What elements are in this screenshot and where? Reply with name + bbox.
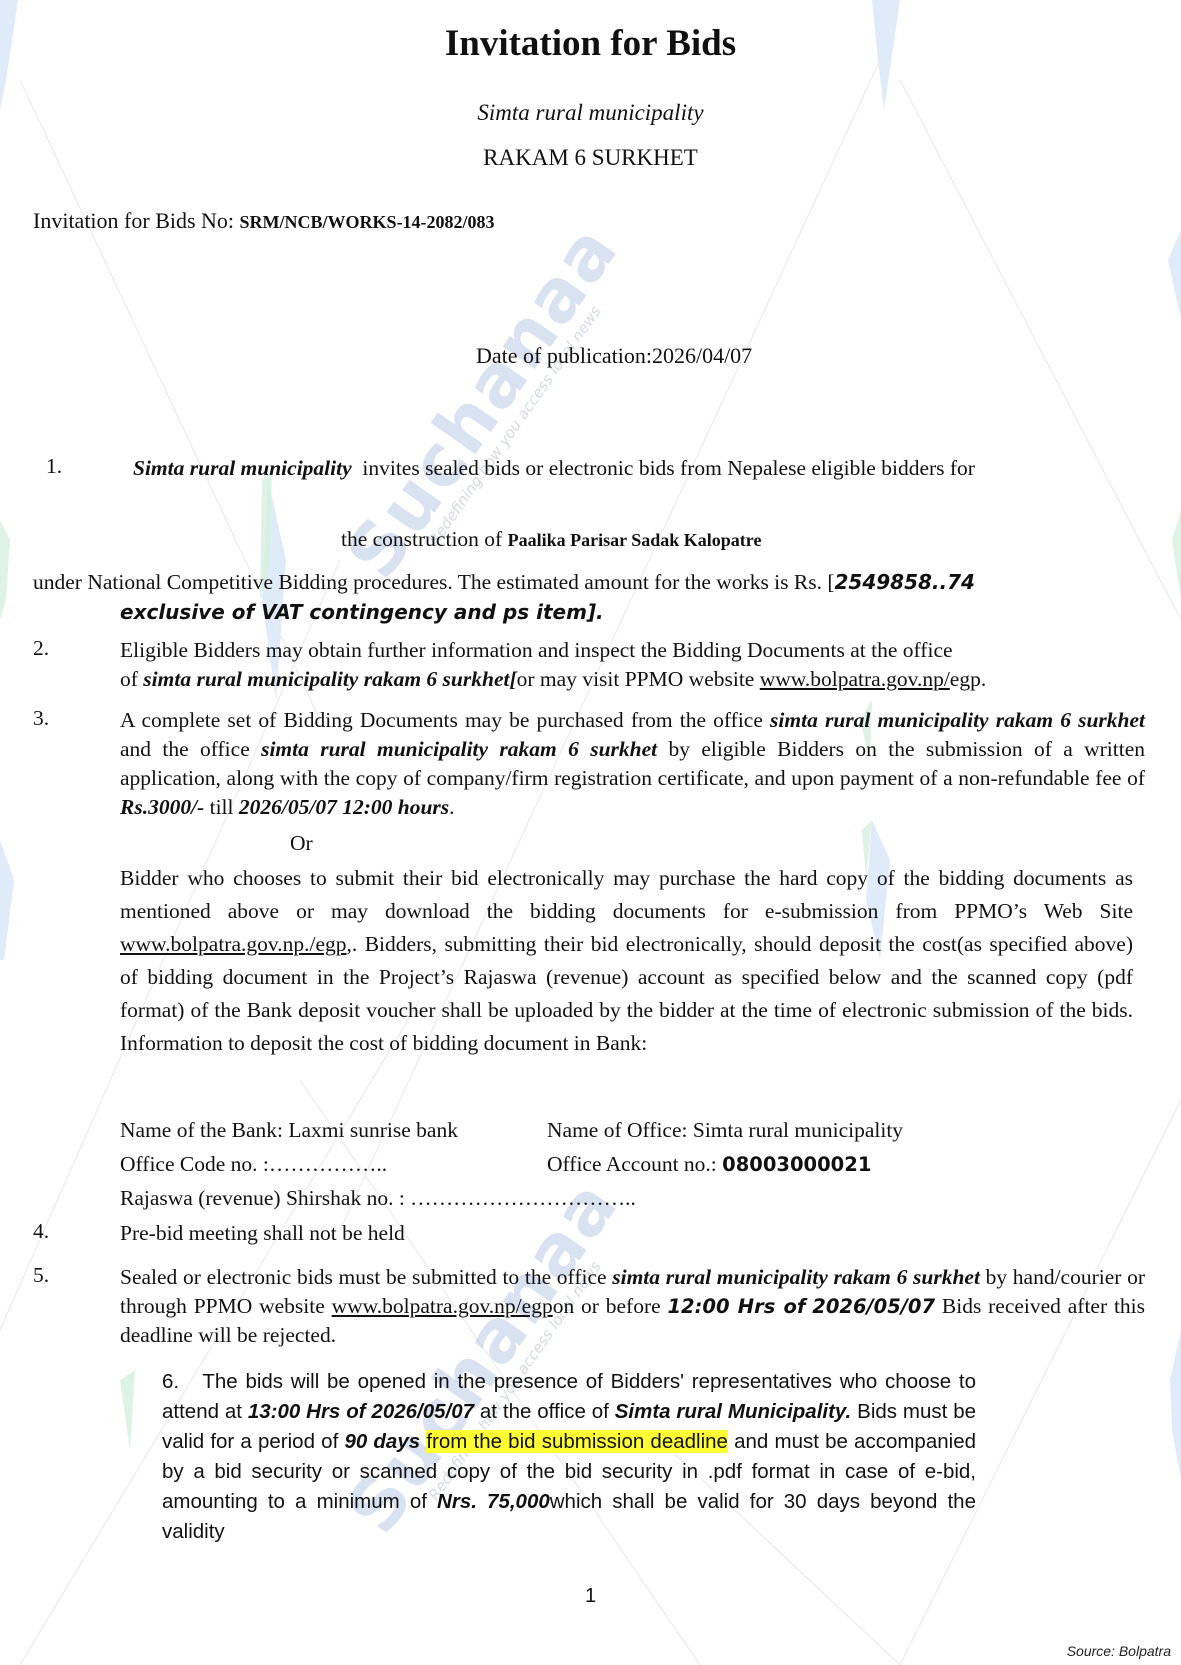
item-1-text: invites sealed bids or electronic bids f… xyxy=(352,456,975,480)
item-5-text: Sealed or electronic bids must be submit… xyxy=(120,1263,1145,1350)
ifb-number-line: Invitation for Bids No: SRM/NCB/WORKS-14… xyxy=(33,208,495,234)
purchase-deadline: 2026/05/07 12:00 hours xyxy=(239,795,449,819)
item-3-text-d: till xyxy=(204,795,239,819)
item-3-text-e: . xyxy=(449,795,454,819)
shirshak-value: ………………………….. xyxy=(410,1186,636,1210)
item-3-office-2: simta rural municipality rakam 6 surkhet xyxy=(261,737,657,761)
account-row: Office Account no.: 08003000021 xyxy=(547,1150,871,1179)
amount-note: exclusive of VAT contingency and ps item… xyxy=(120,598,604,627)
highlighted-text: from the bid submission deadline xyxy=(426,1430,728,1453)
account-number: 08003000021 xyxy=(722,1153,871,1176)
publication-date-line: Date of publication:2026/04/07 xyxy=(476,343,752,369)
ifb-label: Invitation for Bids No: xyxy=(33,208,240,233)
document-page: Invitation for Bids Simta rural municipa… xyxy=(0,0,1181,1665)
shirshak-label: Rajaswa (revenue) Shirshak no. : xyxy=(120,1186,410,1210)
item-4-number: 4. xyxy=(33,1219,49,1244)
document-title: Invitation for Bids xyxy=(0,22,1181,65)
office-name-row: Name of Office: Simta rural municipality xyxy=(547,1116,903,1145)
item-2-text-b: or may visit PPMO website xyxy=(517,667,760,691)
estimated-amount: 2549858..74 xyxy=(835,570,975,594)
construction-prefix: the construction of xyxy=(341,527,508,551)
shirshak-row: Rajaswa (revenue) Shirshak no. : …………………… xyxy=(120,1184,636,1213)
item-6-number: 6. xyxy=(162,1370,179,1393)
office-code-label: Office Code no. : xyxy=(120,1152,269,1176)
publication-date: 2026/04/07 xyxy=(652,343,752,368)
or-separator: Or xyxy=(290,829,313,858)
item-2-line-1: Eligible Bidders may obtain further info… xyxy=(120,638,953,662)
submission-deadline-time: 12:00 Hrs of xyxy=(667,1295,805,1318)
item-6-text: 6. The bids will be opened in the presen… xyxy=(162,1367,976,1547)
item-5-number: 5. xyxy=(33,1263,49,1288)
item-4-text: Pre-bid meeting shall not be held xyxy=(120,1219,405,1248)
bid-validity: 90 days xyxy=(344,1430,420,1453)
item-2-text: Eligible Bidders may obtain further info… xyxy=(120,636,1150,694)
item-3-number: 3. xyxy=(33,706,49,731)
e-text-a: Bidder who chooses to submit their bid e… xyxy=(120,866,1133,923)
submission-deadline-date: 2026/05/07 xyxy=(812,1295,935,1318)
page-number: 1 xyxy=(0,1585,1181,1608)
item-3-text-b: and the office xyxy=(120,737,261,761)
item-3-text-a: A complete set of Bidding Documents may … xyxy=(120,708,770,732)
office-code-value: …………….. xyxy=(269,1152,387,1176)
bank-label: Name of the Bank: xyxy=(120,1118,288,1142)
item-5-text-c: on or before xyxy=(553,1294,668,1318)
item-6-text-b: at the office of xyxy=(474,1400,615,1423)
bid-security-amount: Nrs. 75,000 xyxy=(437,1490,550,1513)
item-1-entity: Simta rural municipality xyxy=(133,456,352,480)
issuer-location: RAKAM 6 SURKHET xyxy=(0,145,1181,171)
issuer-name: Simta rural municipality xyxy=(0,100,1181,126)
bank-name-row: Name of the Bank: Laxmi sunrise bank xyxy=(120,1116,458,1145)
office-label: Name of Office: xyxy=(547,1118,693,1142)
electronic-submission-paragraph: Bidder who chooses to submit their bid e… xyxy=(120,862,1133,1060)
item-2-number: 2. xyxy=(33,636,49,661)
bolpatra-link-item-5[interactable]: www.bolpatra.gov.np/egp xyxy=(332,1294,553,1318)
item-3-office-1: simta rural municipality rakam 6 surkhet xyxy=(770,708,1145,732)
item-6-office: Simta rural Municipality. xyxy=(615,1400,852,1423)
document-fee: Rs.3000/- xyxy=(120,795,204,819)
item-5-text-a: Sealed or electronic bids must be submit… xyxy=(120,1265,612,1289)
item-5-office: simta rural municipality rakam 6 surkhet xyxy=(612,1265,980,1289)
account-label: Office Account no.: xyxy=(547,1152,722,1176)
item-1-text-b: under National Competitive Bidding proce… xyxy=(33,570,835,594)
publication-label: Date of publication: xyxy=(476,343,652,368)
office-code-row: Office Code no. :…………….. xyxy=(120,1150,387,1179)
source-credit: Source: Bolpatra xyxy=(1067,1643,1171,1659)
item-2-office: simta rural municipality rakam 6 surkhet… xyxy=(143,667,516,691)
office-name: Simta rural municipality xyxy=(693,1118,903,1142)
bank-name: Laxmi sunrise bank xyxy=(288,1118,458,1142)
item-2-text-c: egp. xyxy=(950,667,986,691)
item-2-of: of xyxy=(120,667,143,691)
item-1-number: 1. xyxy=(46,454,62,479)
item-1-amount-line: under National Competitive Bidding proce… xyxy=(33,568,1145,597)
opening-time: 13:00 Hrs of 2026/05/07 xyxy=(248,1400,474,1423)
bolpatra-link-item-2[interactable]: www.bolpatra.gov.np/ xyxy=(760,667,950,691)
bolpatra-link-egp[interactable]: www.bolpatra.gov.np./egp xyxy=(120,932,347,956)
item-1-construction: the construction of Paalika Parisar Sada… xyxy=(341,525,761,555)
item-3-text: A complete set of Bidding Documents may … xyxy=(120,706,1145,822)
project-name: Paalika Parisar Sadak Kalopatre xyxy=(508,530,762,550)
ifb-number: SRM/NCB/WORKS-14-2082/083 xyxy=(240,212,495,232)
item-1-line-1: Simta rural municipality invites sealed … xyxy=(133,454,1143,483)
